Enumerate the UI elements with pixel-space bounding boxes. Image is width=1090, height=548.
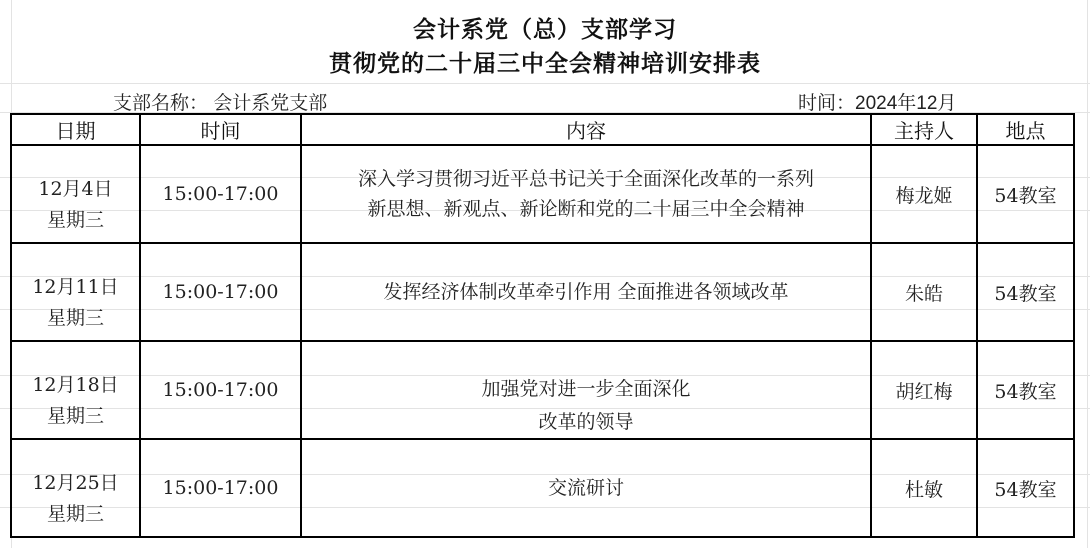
content-line: 交流研讨 — [302, 473, 870, 503]
table-row: 12月4日 星期三 15:00-17:00 深入学习贯彻习近平总书记关于全面深化… — [11, 145, 1074, 243]
content-line: 深入学习贯彻习近平总书记关于全面深化改革的一系列 — [302, 164, 870, 194]
table-row: 12月11日 星期三 15:00-17:00 发挥经济体制改革牵引作用 全面推进… — [11, 243, 1074, 341]
weekday-value: 星期三 — [12, 302, 139, 334]
weekday-value: 星期三 — [12, 204, 139, 236]
header-location: 地点 — [977, 114, 1074, 145]
weekday-value: 星期三 — [12, 400, 139, 432]
header-content: 内容 — [301, 114, 871, 145]
date-cell: 12月11日 星期三 — [11, 243, 140, 341]
header-date: 日期 — [11, 114, 140, 145]
document-subtitle: 贯彻党的二十届三中全会精神培训安排表 — [0, 45, 1090, 78]
host-cell: 朱皓 — [871, 243, 977, 341]
sheet-gridline — [1087, 0, 1088, 548]
table-row: 12月18日 星期三 15:00-17:00 加强党对进一步全面深化 改革的领导… — [11, 341, 1074, 439]
table-header-row: 日期 时间 内容 主持人 地点 — [11, 114, 1074, 145]
location-cell: 54教室 — [977, 341, 1074, 439]
date-cell: 12月4日 星期三 — [11, 145, 140, 243]
content-cell: 深入学习贯彻习近平总书记关于全面深化改革的一系列 新思想、新观点、新论断和党的二… — [301, 145, 871, 243]
content-line: 改革的领导 — [302, 407, 870, 437]
date-value: 12月11日 — [12, 272, 139, 302]
host-cell: 梅龙姬 — [871, 145, 977, 243]
header-time: 时间 — [140, 114, 301, 145]
date-value: 12月4日 — [12, 174, 139, 204]
time-cell: 15:00-17:00 — [140, 145, 301, 243]
location-cell: 54教室 — [977, 145, 1074, 243]
date-value: 12月18日 — [12, 370, 139, 400]
content-line: 发挥经济体制改革牵引作用 全面推进各领域改革 — [302, 277, 870, 307]
table-row: 12月25日 星期三 15:00-17:00 交流研讨 杜敏 54教室 — [11, 439, 1074, 537]
host-cell: 杜敏 — [871, 439, 977, 537]
branch-name-label: 支部名称： 会计系党支部 — [113, 88, 327, 115]
date-value: 12月25日 — [12, 468, 139, 498]
location-cell: 54教室 — [977, 439, 1074, 537]
content-line: 新思想、新观点、新论断和党的二十届三中全会精神 — [302, 194, 870, 224]
date-cell: 12月25日 星期三 — [11, 439, 140, 537]
content-line: 加强党对进一步全面深化 — [302, 374, 870, 404]
time-cell: 15:00-17:00 — [140, 341, 301, 439]
document-title: 会计系党（总）支部学习 — [0, 11, 1090, 44]
time-cell: 15:00-17:00 — [140, 243, 301, 341]
header-host: 主持人 — [871, 114, 977, 145]
date-cell: 12月18日 星期三 — [11, 341, 140, 439]
sheet-gridline — [0, 83, 1090, 84]
training-schedule-table: 日期 时间 内容 主持人 地点 12月4日 星期三 15:00-17:00 深入… — [10, 113, 1075, 538]
content-cell: 加强党对进一步全面深化 改革的领导 — [301, 341, 871, 439]
content-cell: 发挥经济体制改革牵引作用 全面推进各领域改革 — [301, 243, 871, 341]
host-cell: 胡红梅 — [871, 341, 977, 439]
schedule-month-label: 时间：2024年12月 — [798, 88, 956, 115]
time-cell: 15:00-17:00 — [140, 439, 301, 537]
content-cell: 交流研讨 — [301, 439, 871, 537]
weekday-value: 星期三 — [12, 498, 139, 530]
location-cell: 54教室 — [977, 243, 1074, 341]
